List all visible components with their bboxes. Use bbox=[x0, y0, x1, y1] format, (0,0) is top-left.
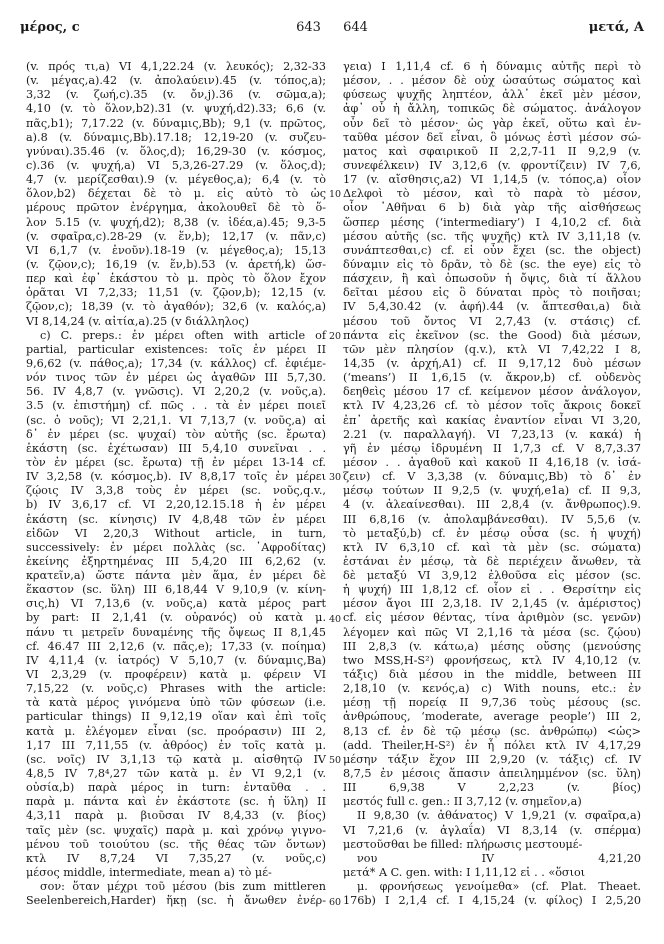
text-line: ἑκάστη (sc. κίνησις) IV 4,8,48 τῶν ἐν μέ… bbox=[26, 513, 326, 527]
text-line: μέσῳ τούτων II 9,2,5 (v. ψυχή,e1a) cf. I… bbox=[343, 484, 641, 498]
text-line: VI 8,14,24 (v. αἰτία,a).25 (v διάλληλος) bbox=[26, 315, 326, 329]
text-line: τὸν ἐν μέρει (sc. ἔρωτα) τῇ ἐν μέρει 13-… bbox=[26, 456, 326, 470]
text-line: a).8 (v. δύναμις,Bb).17.18; 12,19-20 (v.… bbox=[26, 131, 326, 145]
text-line: δύναμιν εἰς τὸ δρᾶν, τὸ δὲ (sc. the eye)… bbox=[343, 258, 641, 272]
text-line: λέγομεν καὶ πῶς VI 2,1,16 τὰ μέσα (sc. ζ… bbox=[343, 626, 641, 640]
text-line: Seelenbereich,Harder) ἥκῃ (sc. ἡ ἄνωθεν … bbox=[26, 894, 326, 908]
text-line: κτλ IV 8,7,24 VI 7,35,27 (v. νοῦς,c) bbox=[26, 852, 326, 866]
text-line: δεηθεὶς μέσου 17 cf. κείμενον μέσον ἀνάλ… bbox=[343, 385, 641, 399]
text-line: μεστός full c. gen.: II 3,7,12 (v. σημεῖ… bbox=[343, 795, 641, 809]
text-line: μέσῃ τῇ πορείᾳ II 9,7,36 τοὺς μέσους (sc… bbox=[343, 696, 641, 710]
text-line: τῶν μὲν πλησίον (q.v.), κτλ VI 7,42,22 I… bbox=[343, 343, 641, 357]
text-line: λον 5.15 (v. ψυχή,d2); 8,38 (v. ἰδέα,a).… bbox=[26, 216, 326, 230]
text-line: 4,8,5 IV 7,8⁴,27 τῶν κατὰ μ. ἐν VI 9,2,1… bbox=[26, 767, 326, 781]
text-line: γεια) I 1,11,4 cf. 6 ἡ δύναμις αὐτῆς περ… bbox=[343, 60, 641, 74]
text-line: συνεφέλκειν) IV 3,12,6 (v. φροντίζειν) I… bbox=[343, 159, 641, 173]
text-line: κτλ IV 4,23,26 cf. τὸ μέσον τοῖς ἄκροις … bbox=[343, 399, 641, 413]
text-line: μετά* A C. gen. with: I 1,11,12 εἰ . . «… bbox=[343, 866, 641, 880]
text-line: ταῖς μὲν (sc. ψυχαῖς) παρὰ μ. καὶ χρόνῳ … bbox=[26, 824, 326, 838]
text-line: μέσον, . . μέσον δὲ οὐχ ὡσαύτως σώματος … bbox=[343, 74, 641, 88]
text-line: 3.5 (v. ἐπιστήμη) cf. πῶς . . τὰ ἐν μέρε… bbox=[26, 399, 326, 413]
text-line: c).36 (v. ψυχή,a) VI 5,3,26-27.29 (v. ὅλ… bbox=[26, 159, 326, 173]
text-line: ἐπ᾽ ἀρετῆς καὶ κακίας ἐναντίον εἶναι VI … bbox=[343, 414, 641, 428]
text-line: ἡ ψυχή) III 1,8,12 cf. οἷον εἰ . . Θερσί… bbox=[343, 583, 641, 597]
line-number: 30 bbox=[327, 472, 343, 483]
text-line: περ καὶ ἐφ᾽ ἑκάστου τὸ μ. πρὸς τὸ ὅλον ἔ… bbox=[26, 272, 326, 286]
text-line: II 9,8,30 (v. ἀθάνατος) V 1,9,21 (v. σφα… bbox=[343, 809, 641, 823]
text-line: III 6,8,16 (v. ἀπολαμβάνεσθαι). IV 5,5,6… bbox=[343, 513, 641, 527]
text-line: 176b) I 2,1,4 cf. I 4,15,24 (v. φίλος) I… bbox=[343, 894, 641, 908]
text-line: 56. IV 4,8,7 (v. γνῶσις). VI 2,20,2 (v. … bbox=[26, 385, 326, 399]
text-line: IV 3,2,58 (v. κόσμος,b). IV 8,8,17 τοῖς … bbox=[26, 470, 326, 484]
text-line: εἰδῶν VI 2,20,3 Without article, in turn… bbox=[26, 527, 326, 541]
text-line: ματος καὶ σφαιρικοῦ II 2,2,7-11 II 9,2,9… bbox=[343, 145, 641, 159]
text-line: πάντα εἰς ἐκεῖνον (sc. the Good) διὰ μέσ… bbox=[343, 329, 641, 343]
text-line: 4,3,11 παρὰ μ. βιοῦσαι IV 8,4,33 (v. βίο… bbox=[26, 809, 326, 823]
text-line: μέσην τάξιν ἔχον III 2,9,20 (v. τάξις) c… bbox=[343, 753, 641, 767]
text-line: ὅλον,b2) δέχεται δὲ τὸ μ. εἰς αὐτὸ τὸ ὡς bbox=[26, 187, 326, 201]
text-line: (v. μέγας,a).42 (v. ἀπολαύειν).45 (v. τό… bbox=[26, 74, 326, 88]
text-line: 3,32 (v. ζωή,c).35 (v. ὄν,j).36 (v. σῶμα… bbox=[26, 88, 326, 102]
page-number-left: 643 bbox=[296, 20, 321, 35]
text-line: partial, particular existences: τοῖς ἐν … bbox=[26, 343, 326, 357]
text-line: VI 6,1,7 (v. ἑνοῦν).18-19 (v. μέγεθος,a)… bbox=[26, 244, 326, 258]
running-header: μέρος, c 643 644 μετά, A bbox=[0, 20, 664, 44]
text-line: 2,18,10 (v. κενός,a) c) With nouns, etc.… bbox=[343, 682, 641, 696]
text-line: 4,10 (v. τὸ ὅλον,b2).31 (v. ψυχή,d2).33;… bbox=[26, 102, 326, 116]
text-line: b) IV 3,6,17 cf. VI 2,20,12.15.18 ἡ ἐν μ… bbox=[26, 498, 326, 512]
text-line: κτλ IV 6,3,10 cf. καὶ τὰ μὲν (sc. σώματα… bbox=[343, 541, 641, 555]
text-line: 7,15,22 (v. νοῦς,c) Phrases with the art… bbox=[26, 682, 326, 696]
text-line: 8,7,5 ἐν μέσοις ἅπασιν ἀπειλημμένον (sc.… bbox=[343, 767, 641, 781]
right-headword: μετά, A bbox=[589, 20, 644, 35]
text-line: οὐσία,b) παρὰ μέρος in turn: ἐνταῦθα . . bbox=[26, 781, 326, 795]
text-line: (v. σφαῖρα,c).28-29 (v. ἕν,b); 12,17 (v.… bbox=[26, 230, 326, 244]
text-line: cf. 46.47 III 2,12,6 (v. πᾶς,e); 17,33 (… bbox=[26, 640, 326, 654]
text-line: ζειν) cf. V 3,3,38 (v. δύναμις,Bb) τὸ δ᾽… bbox=[343, 470, 641, 484]
text-line: ὁρᾶται VI 7,2,33; 11,51 (v. ζῷον,b); 12,… bbox=[26, 286, 326, 300]
text-line: μέσον . . ἀγαθοῦ καὶ κακοῦ II 4,16,18 (v… bbox=[343, 456, 641, 470]
text-line: τάξις) διὰ μέσου in the middle, between … bbox=[343, 668, 641, 682]
text-line: κρατεῖν,a) ὥστε πάντα μὲν ἅμα, ἐν μέρει … bbox=[26, 569, 326, 583]
text-line: (add. Theiler,H-S²) ἐν ἧ πόλει κτλ IV 4,… bbox=[343, 739, 641, 753]
line-number: 10 bbox=[327, 189, 343, 200]
text-line: cf. εἰς μέσον θέντας, τίνα ἀριθμὸν (sc. … bbox=[343, 611, 641, 625]
text-line: μεστοῦσθαι be filled: πλήρωσις μεστουμέ- bbox=[343, 838, 641, 852]
left-column: (v. πρός τι,a) VI 4,1,22.24 (v. λευκός);… bbox=[26, 60, 326, 908]
text-line: μένου τοῦ τοιούτου (sc. τῆς θέας τῶν ὄντ… bbox=[26, 838, 326, 852]
text-line: νου IV 4,21,20 bbox=[343, 852, 641, 866]
text-line: ἑκάστη (sc. ἐχέτωσαν) III 5,4,10 συνεῖνα… bbox=[26, 442, 326, 456]
text-line: δεῖται μέσου εἰς ὃ δύναται πρὸς τὸ ποιῆσ… bbox=[343, 286, 641, 300]
text-line: ἀφ᾽ οὗ ἡ ἄλλη, τοπικῶς δὲ σώματος. ἀνάλο… bbox=[343, 102, 641, 116]
text-line: ἐκείνης ἐξηρτημένας III 5,4,20 III 6,2,6… bbox=[26, 555, 326, 569]
line-number: 40 bbox=[327, 614, 343, 625]
text-line: πάνυ τι μετρεῖν δυναμένης τῆς ὄψεως II 8… bbox=[26, 626, 326, 640]
text-line: by part: II 2,1,41 (v. οὐρανός) οὐ κατὰ … bbox=[26, 611, 326, 625]
text-line: σον: ὅταν μέχρι τοῦ μέσου (bis zum mittl… bbox=[26, 880, 326, 894]
text-line: (sc. νοῖς) IV 3,1,13 τῷ κατὰ μ. αἰσθητῷ … bbox=[26, 753, 326, 767]
text-line: γνύναι).35.46 (v. ὅλος,d); 16,29-30 (v. … bbox=[26, 145, 326, 159]
text-line: III 2,8,3 (v. κάτω,a) μέσης οὔσης (μενού… bbox=[343, 640, 641, 654]
text-line: IV 4,11,4 (v. ἰατρός) V 5,10,7 (v. δύναμ… bbox=[26, 654, 326, 668]
text-line: ἕκαστον (sc. ὕλη) III 6,18,44 V 9,10,9 (… bbox=[26, 583, 326, 597]
text-line: 1,17 III 7,11,55 (v. ἀθρόος) ἐν τοῖς κατ… bbox=[26, 739, 326, 753]
line-number: 50 bbox=[327, 755, 343, 766]
text-line: VI 2,3,29 (v. προφέρειν) κατὰ μ. φέρειν … bbox=[26, 668, 326, 682]
text-line: c) C. preps.: ἐν μέρει often with articl… bbox=[26, 329, 326, 343]
text-line: ἑστάναι ἐν μέσῳ, τὰ δὲ περιέχειν ἄνωθεν,… bbox=[343, 555, 641, 569]
text-line: 2.21 (v. παραλλαγή). VI 7,23,13 (v. κακά… bbox=[343, 428, 641, 442]
text-line: 4 (v. ἀλεαίνεσθαι). III 2,8,4 (v. ἄνθρωπ… bbox=[343, 498, 641, 512]
text-line: 4,7 (v. μερίζεσθαι).9 (v. μέγεθος,a); 6,… bbox=[26, 173, 326, 187]
text-line: δὲ μεταξύ VI 3,9,12 ἐλθοῦσα εἰς μέσον (s… bbox=[343, 569, 641, 583]
text-line: πᾶς,b1); 7,17.22 (v. δύναμις,Bb); 9,1 (v… bbox=[26, 117, 326, 131]
text-line: μέρους πρῶτον ἐνέργημα, ἀκολουθεῖ δὲ τὸ … bbox=[26, 201, 326, 215]
text-line: 14,35 (v. ἀρχή,A1) cf. II 9,17,12 δυὸ μέ… bbox=[343, 357, 641, 371]
text-line: μέσος middle, intermediate, mean a) τὸ μ… bbox=[26, 866, 326, 880]
text-line: παρὰ μ. πάντα καὶ ἐν ἑκάστοτε (sc. ἡ ὕλη… bbox=[26, 795, 326, 809]
line-number: 20 bbox=[327, 331, 343, 342]
text-line: ζῷον,c); 18,39 (v. τὸ ἀγαθόν); 32,6 (v. … bbox=[26, 300, 326, 314]
text-line: (v. πρός τι,a) VI 4,1,22.24 (v. λευκός);… bbox=[26, 60, 326, 74]
text-line: μέσον ἄγοι III 2,3,18. IV 2,1,45 (v. ἀμέ… bbox=[343, 597, 641, 611]
text-line: μ. φρονήσεως γενοίμεθα» (cf. Plat. Theae… bbox=[343, 880, 641, 894]
text-line: 17 (v. αἴσθησις,a2) VI 1,14,5 (v. τόπος,… bbox=[343, 173, 641, 187]
text-line: (v. ζῷον,c); 16,19 (v. ἕν,b).53 (v. ἀρετ… bbox=[26, 258, 326, 272]
text-line: 9,6,62 (v. πάθος,a); 17,34 (v. κάλλος) c… bbox=[26, 357, 326, 371]
page-numbers: 643 644 bbox=[0, 20, 664, 35]
text-line: successively: ἐν μέρει πολλὰς (sc. ᾽Αφρο… bbox=[26, 541, 326, 555]
text-line: οἷον ᾽Αθῆναι 6 b) διὰ γὰρ τῆς αἰσθήσεως bbox=[343, 201, 641, 215]
right-column: γεια) I 1,11,4 cf. 6 ἡ δύναμις αὐτῆς περ… bbox=[343, 60, 641, 908]
text-line: οὖν δεῖ τὸ μέσον· ὡς γὰρ ἐκεῖ, οὕτω καὶ … bbox=[343, 117, 641, 131]
text-line: μέσου αὐτῆς (sc. τῆς ψυχῆς) κτλ IV 3,11,… bbox=[343, 230, 641, 244]
text-line: particular things) II 9,12,19 οἵαν καὶ ἐ… bbox=[26, 710, 326, 724]
text-line: τὸ μεταξύ,b) cf. ἐν μέσῳ οὖσα (sc. ἡ ψυχ… bbox=[343, 527, 641, 541]
page-number-right: 644 bbox=[343, 20, 368, 35]
text-line: (sc. ὁ νοῦς); VI 2,21,1. VI 7,13,7 (v. ν… bbox=[26, 414, 326, 428]
text-line: ταῦθα μέσον δεῖ εἶναι, ὃ μόνως ἐστὶ μέσο… bbox=[343, 131, 641, 145]
text-line: Δελφοὶ τὸ μέσον, καὶ τὸ παρὰ τὸ μέσον, bbox=[343, 187, 641, 201]
text-line: νόν τινος τῶν ἐν μέρει ὡς ἀγαθῶν III 5,7… bbox=[26, 371, 326, 385]
text-line: συνάπτεσθαι,c) cf. εἰ οὖν ἔχει (sc. the … bbox=[343, 244, 641, 258]
text-line: φύσεως ψυχῆς ληπτέον, ἀλλ᾽ ἐκεῖ μὲν μέσο… bbox=[343, 88, 641, 102]
text-line: ζῴοις IV 3,3,8 τοὺς ἐν μέρει (sc. νοῦς,q… bbox=[26, 484, 326, 498]
text-line: πάσχειν, ἢ καὶ ὁπωσοῦν ἡ ὄψις, διὰ τί ἄλ… bbox=[343, 272, 641, 286]
text-line: σις,h) VI 7,13,6 (v. νοῦς,a) κατὰ μέρος … bbox=[26, 597, 326, 611]
text-line: γῆ ἐν μέσῳ ἱδρυμένη II 1,7,3 cf. V 8,7,3… bbox=[343, 442, 641, 456]
text-line: 8,13 cf. ἐν δὲ τῷ μέσῳ (sc. ἀνθρώπῳ) <ὡς… bbox=[343, 725, 641, 739]
line-number: 60 bbox=[327, 897, 343, 908]
text-line: two MSS,H-S²) φρονήσεως, κτλ IV 4,10,12 … bbox=[343, 654, 641, 668]
text-line: ἀνθρώπους, ‘moderate, average people’) I… bbox=[343, 710, 641, 724]
text-line: δ᾽ ἐν μέρει (sc. ψυχαί) τὸν αὐτῆς (sc. ἔ… bbox=[26, 428, 326, 442]
text-line: κατὰ μ. ἐλέγομεν εἶναι (sc. προόρασιν) I… bbox=[26, 725, 326, 739]
text-line: VI 7,21,6 (v. ἀγλαΐα) VI 8,3,14 (v. σπέρ… bbox=[343, 824, 641, 838]
text-line: τὰ κατὰ μέρος γινόμενα ὑπὸ τῶν φύσεων (i… bbox=[26, 696, 326, 710]
text-line: IV 5,4,30.42 (v. ἁφή).44 (v. ἅπτεσθαι,a)… bbox=[343, 300, 641, 314]
text-line: μέσου τοῦ ὄντος VI 2,7,43 (v. στάσις) cf… bbox=[343, 315, 641, 329]
text-line: III 6,9,38 V 2,2,23 (v. βίος) bbox=[343, 781, 641, 795]
text-line: (‘means’) II 1,6,15 (v. ἄκρον,b) cf. οὐδ… bbox=[343, 371, 641, 385]
text-line: ὥσπερ μέσης (‘intermediary’) I 4,10,2 cf… bbox=[343, 216, 641, 230]
